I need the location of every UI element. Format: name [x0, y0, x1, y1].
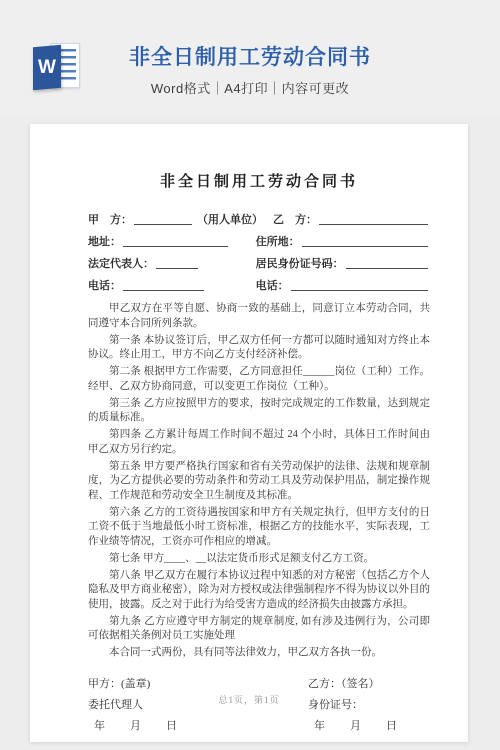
field-label: 甲 方： — [88, 211, 132, 227]
header-text-block: 非全日制用工劳动合同书 Word格式｜A4打印｜内容可更改 — [0, 41, 500, 97]
article-6: 第六条 乙方的工资待遇按国家和甲方有关规定执行，但甲方支付的日工资不低于当地最低… — [88, 506, 430, 550]
field-underline — [156, 267, 198, 269]
field-label: 电话： — [88, 277, 121, 293]
article-8: 第八条 甲乙双方在履行本协议过程中知悉的对方秘密（包括乙方个人隐私及甲方商业秘密… — [88, 569, 430, 613]
party-b-sign-line: 乙方：（签名） — [308, 674, 430, 695]
field-underline — [134, 223, 192, 225]
header-banner: W 非全日制用工劳动合同书 Word格式｜A4打印｜内容可更改 — [0, 0, 500, 118]
field-label: 地址： — [88, 233, 121, 249]
field-underline — [123, 289, 204, 291]
field-label: 住所地： — [256, 233, 300, 249]
field-underline — [319, 223, 428, 225]
field-id-number: 居民身份证号码： — [256, 255, 430, 271]
field-label: 电话： — [256, 277, 289, 293]
field-residence: 住所地： — [256, 233, 430, 249]
field-row-representative: 法定代表人： 居民身份证号码： — [88, 249, 430, 271]
field-party-b: 乙 方： — [273, 211, 430, 227]
article-9: 第九条 乙方应遵守甲方制定的规章制度, 如有涉及违例行为，公司即可依据相关条例对… — [88, 615, 430, 644]
article-2: 第二条 根据甲方工作需要，乙方同意担任______岗位（工种）工作。经甲、乙双方… — [88, 365, 430, 394]
template-subtitle: Word格式｜A4打印｜内容可更改 — [0, 78, 500, 97]
template-title: 非全日制用工劳动合同书 — [0, 41, 500, 71]
party-b-date-line: 年 月 日 — [308, 716, 430, 737]
party-a-date-line: 年 月 日 — [88, 716, 178, 737]
intro-paragraph: 甲乙双方在平等自愿、协商一致的基础上，同意订立本劳动合同，共同遵守本合同所列条款… — [88, 302, 430, 331]
field-underline — [123, 245, 228, 247]
field-underline — [291, 289, 428, 291]
party-fields: 甲 方： （用人单位） 乙 方： 地址： 住所地： 法定代表人： — [88, 205, 430, 293]
party-a-seal-line: 甲方：(盖章) — [88, 674, 178, 695]
closing-paragraph: 本合同一式两份，具有同等法律效力，甲乙双方各执一份。 — [88, 646, 430, 661]
field-label: 乙 方： — [273, 211, 317, 227]
field-underline — [302, 245, 428, 247]
field-label: 法定代表人： — [88, 255, 154, 271]
field-row-phone: 电话： 电话： — [88, 271, 430, 293]
field-suffix: （用人单位） — [197, 211, 263, 227]
contract-body: 甲乙双方在平等自愿、协商一致的基础上，同意订立本劳动合同，共同遵守本合同所列条款… — [88, 302, 430, 661]
article-1: 第一条 本协议签订后，甲乙双方任何一方都可以随时通知对方终止本协议。终止用工，甲… — [88, 334, 430, 363]
field-underline — [346, 267, 428, 269]
field-label: 居民身份证号码： — [256, 255, 344, 271]
document-page: 非全日制用工劳动合同书 甲 方： （用人单位） 乙 方： 地址： 住所地： — [30, 124, 468, 742]
article-4: 第四条 乙方累计每周工作时间不超过 24 个小时，具体日工作时间由甲乙双方另行约… — [88, 428, 430, 457]
article-3: 第三条 乙方应按照甲方的要求，按时完成规定的工作数量，达到规定的质量标准。 — [88, 397, 430, 426]
document-title: 非全日制用工劳动合同书 — [88, 172, 430, 192]
field-phone-a: 电话： — [88, 277, 256, 293]
field-legal-rep: 法定代表人： — [88, 255, 256, 271]
field-row-party: 甲 方： （用人单位） 乙 方： — [88, 205, 430, 227]
field-address: 地址： — [88, 233, 256, 249]
field-row-address: 地址： 住所地： — [88, 227, 430, 249]
page-number: 总1页，第1页 — [30, 693, 468, 706]
field-phone-b: 电话： — [256, 277, 430, 293]
article-7: 第七条 甲方____、__以法定货币形式足额支付乙方工资。 — [88, 552, 430, 567]
field-party-a: 甲 方： （用人单位） — [88, 211, 273, 227]
page-root: { "header": { "icon_letter": "W", "title… — [0, 0, 500, 750]
article-5: 第五条 甲方要严格执行国家和省有关劳动保护的法律、法规和规章制度，为乙方提供必要… — [88, 460, 430, 504]
